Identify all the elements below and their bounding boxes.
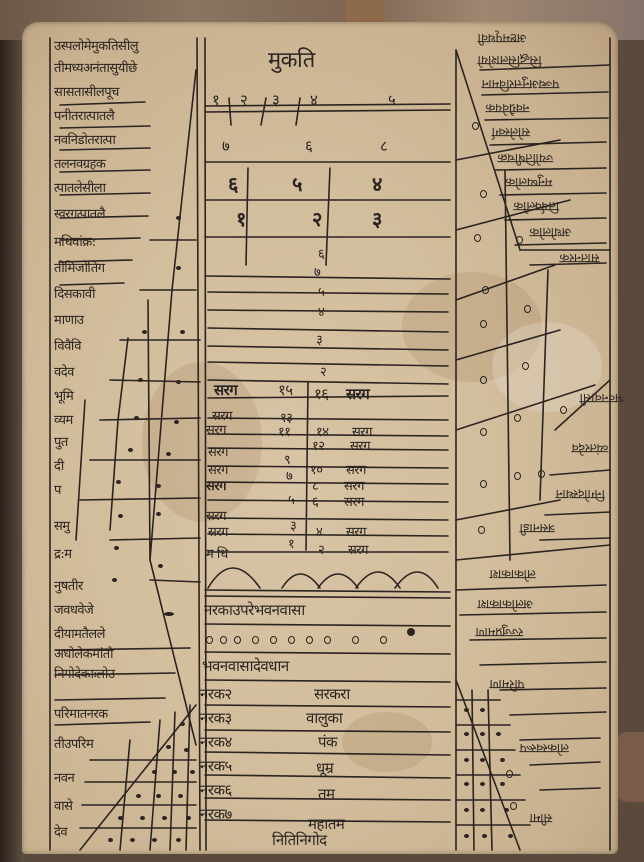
hell-name: धूम्र [316,758,333,778]
left-text-line: नवनिडोतरात्पा [54,130,115,148]
heaven-right-num: १२ [312,436,325,454]
left-text-line: उस्पलोमेमुकतिसीलु [54,36,138,54]
right-text-line: परिमाण [490,676,525,694]
heaven-left-num: ३ [290,516,296,534]
heaven-right-num: ४ [316,522,322,540]
fourth-num-3: ३ [372,205,382,232]
heaven-left-num: ७ [286,466,292,484]
right-text-line: निगोदस्थान [556,486,605,504]
second-num-1: ७ [222,136,229,156]
right-text-line: सीमा [530,810,552,828]
hell-label: नरक७ [200,804,232,824]
hell-name: पंक [318,732,337,752]
right-text-line: लोकाकाश [490,566,536,584]
vertical-num: ५ [318,282,324,300]
title-mukti: मुकति [268,44,315,74]
left-text-line: तीमिजोतिग [54,258,105,276]
second-num-2: ६ [305,136,312,156]
hell-label: नरक२ [200,684,232,704]
vertical-num: २ [320,362,326,380]
arches-label: म धि [206,544,228,562]
right-text-line: सातनरक [560,250,600,268]
left-text-line: अधोलेकमांतो [54,644,113,662]
heaven-left: सरग [206,476,226,494]
heaven-right-num: २ [318,540,324,558]
right-text-line: लोकस्वरूप [520,740,569,758]
right-text-line: सोलेस्वर्ग [492,124,530,142]
left-text-line: दी [54,456,64,474]
hell-name: सरकरा [314,684,350,704]
right-text-line: पञ्चअनुत्तरविमान [482,76,559,94]
hell-name: तम [318,784,335,804]
left-text-line: दीयामतैलले [54,624,105,642]
left-text-line: समु [54,516,70,534]
left-text-line: त्पातलेसीला [54,178,105,196]
left-text-line: विवैवि [54,336,81,354]
left-text-line: स्वरगत्पातलै [54,204,105,222]
right-text-line: तिर्यक्लोक [514,198,559,216]
left-text-line: तलनवग्रहक [54,154,105,172]
hell-name: वालुका [306,708,342,728]
left-text-line: नुषतीर [54,576,83,594]
hell-label: नरक३ [200,708,232,728]
heaven-left: सरग [214,380,237,400]
top-num-5: ५ [388,90,395,110]
vertical-num: ७ [314,262,320,280]
right-text-line: ज्योतिषीचक्र [498,150,553,168]
bhavanvasi-label: भवनवासादेवधान [202,656,289,676]
heaven-left: सरग [206,420,226,438]
vertical-num: ४ [318,302,324,320]
left-text-line: मधिवांक्र: [54,232,96,250]
hell-footer: नितिनिगोद [272,830,327,850]
left-text-line: नवन [54,768,74,786]
heaven-left-num: ११ [278,422,291,440]
vertical-num: ६ [318,244,324,262]
left-text-line: पनीतरात्पातलै [54,106,114,124]
heaven-right: सरग [346,384,369,404]
heaven-right-num: ६ [312,492,318,510]
right-text-line: अधोलोक [530,224,571,242]
heaven-left-num: ५ [288,490,294,508]
hell-label: नरक६ [200,780,232,800]
left-text-line: भूमि [54,386,73,404]
heaven-right: सरग [348,540,368,558]
left-text-line: परिमातनरक [54,704,108,722]
third-num-3: ४ [372,170,382,197]
left-text-line: तीमध्यअनंतासुयीछे [54,58,137,76]
hell-label: नरक४ [200,732,232,752]
heaven-right: सरग [346,522,366,540]
right-text-line: रज्जुप्रमाण [476,624,523,642]
top-num-2: २ [240,90,247,110]
heaven-left: सरग [208,442,228,460]
third-num-1: ६ [228,170,238,197]
right-text-line: मनुष्यलोक [506,174,552,192]
left-text-line: जवधवेजे [54,600,93,618]
right-text-line: अलोकाकाश [478,596,533,614]
left-text-line: सासतासीलपूच [54,82,119,100]
left-text-line: वदेव [54,362,74,380]
left-text-line: द्र:म [54,544,72,562]
top-num-4: ४ [310,90,317,110]
top-num-1: १ [212,90,219,110]
heaven-left-num: १५ [278,380,293,400]
left-text-line: व्यम [54,410,73,428]
top-num-3: ३ [272,90,279,110]
left-text-line: दिसकावी [54,284,95,302]
right-text-line: व्यंतरदेव [572,440,608,458]
right-text-line: त्रसनाडी [520,520,555,538]
right-text-line: सिद्धसिलाशेयो [478,52,542,70]
right-text-line: अष्टमपृथवी [478,30,527,48]
left-text-line: प [54,480,61,498]
heaven-left-num: १ [288,534,294,552]
heaven-right: सरग [344,492,364,510]
right-text-line: नवग्रैवेयक [486,100,530,118]
third-num-2: ५ [292,170,302,197]
left-text-line: निगोदेकाःलोउ [54,664,114,682]
hell-header: नरकाउपरेभवनवासा [204,600,305,620]
second-num-3: ८ [380,136,387,156]
hell-label: नरक५ [200,756,232,776]
heaven-right: सरग [350,436,370,454]
vertical-num: ३ [316,330,322,348]
left-text-line: देव [54,822,67,840]
left-text-line: पुत [54,432,68,450]
fourth-num-2: २ [312,205,322,232]
right-text-line: भवनवासी [580,390,624,408]
heaven-right-num: १६ [314,384,329,404]
fourth-num-1: १ [236,205,246,232]
left-text-line: वासे [54,796,72,814]
left-text-line: तीउपरिम [54,734,93,752]
heaven-left: सरग [208,522,228,540]
left-text-line: माणाउ [54,310,84,328]
